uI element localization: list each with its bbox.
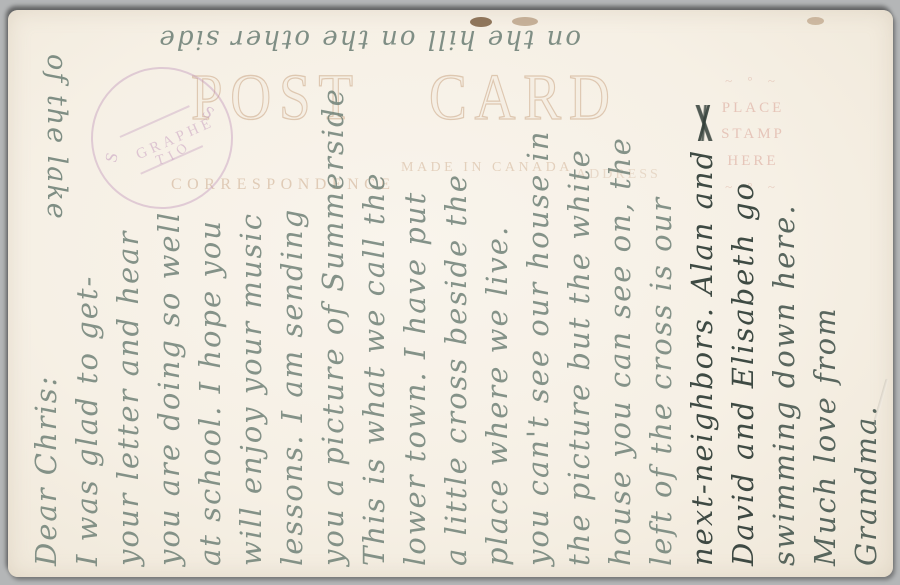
letter-line: Much love from [805,28,846,577]
letter-line: the picture but the white [559,28,600,577]
handwritten-letter: Dear Chris:I was glad to get-your letter… [26,28,892,577]
letter-line: swimming down here. [764,28,805,577]
letter-line: lower town. I have put [395,28,436,577]
tape-stain [807,17,824,25]
letter-line: you can't see our house in [518,28,559,577]
letter-line: David and Elisabeth go [723,28,764,577]
letter-line: This is what we call the [354,28,395,577]
letter-line: I was glad to get- [67,28,108,577]
letter-line: place where we live. [477,28,518,577]
letter-line: house you can see on, the [600,28,641,577]
margin-note-left: of the lake [41,54,72,344]
letter-line: will enjoy your music [231,28,272,577]
letter-line: Grandma. [846,28,887,577]
tape-stain [512,17,538,26]
letter-line: at school. I hope you [190,28,231,577]
letter-line: left of the cross is our [641,28,682,577]
postcard-scan: POST CARD CORRESPONDENCE MADE IN CANADA … [0,0,900,585]
tape-stain [470,17,492,27]
letter-lines: Dear Chris:I was glad to get-your letter… [26,28,887,577]
postcard-back: POST CARD CORRESPONDENCE MADE IN CANADA … [8,10,893,577]
margin-note-top: on the hill on the other side [36,18,581,54]
letter-line: a little cross beside the [436,28,477,577]
letter-line: you are doing so well [149,28,190,577]
letter-line: you a picture of Summerside [313,28,354,577]
letter-line: your letter and hear [108,28,149,577]
letter-line: next-neighbors. Alan and [682,28,723,577]
letter-line: lessons. I am sending [272,28,313,577]
crossed-out-word [695,105,713,141]
